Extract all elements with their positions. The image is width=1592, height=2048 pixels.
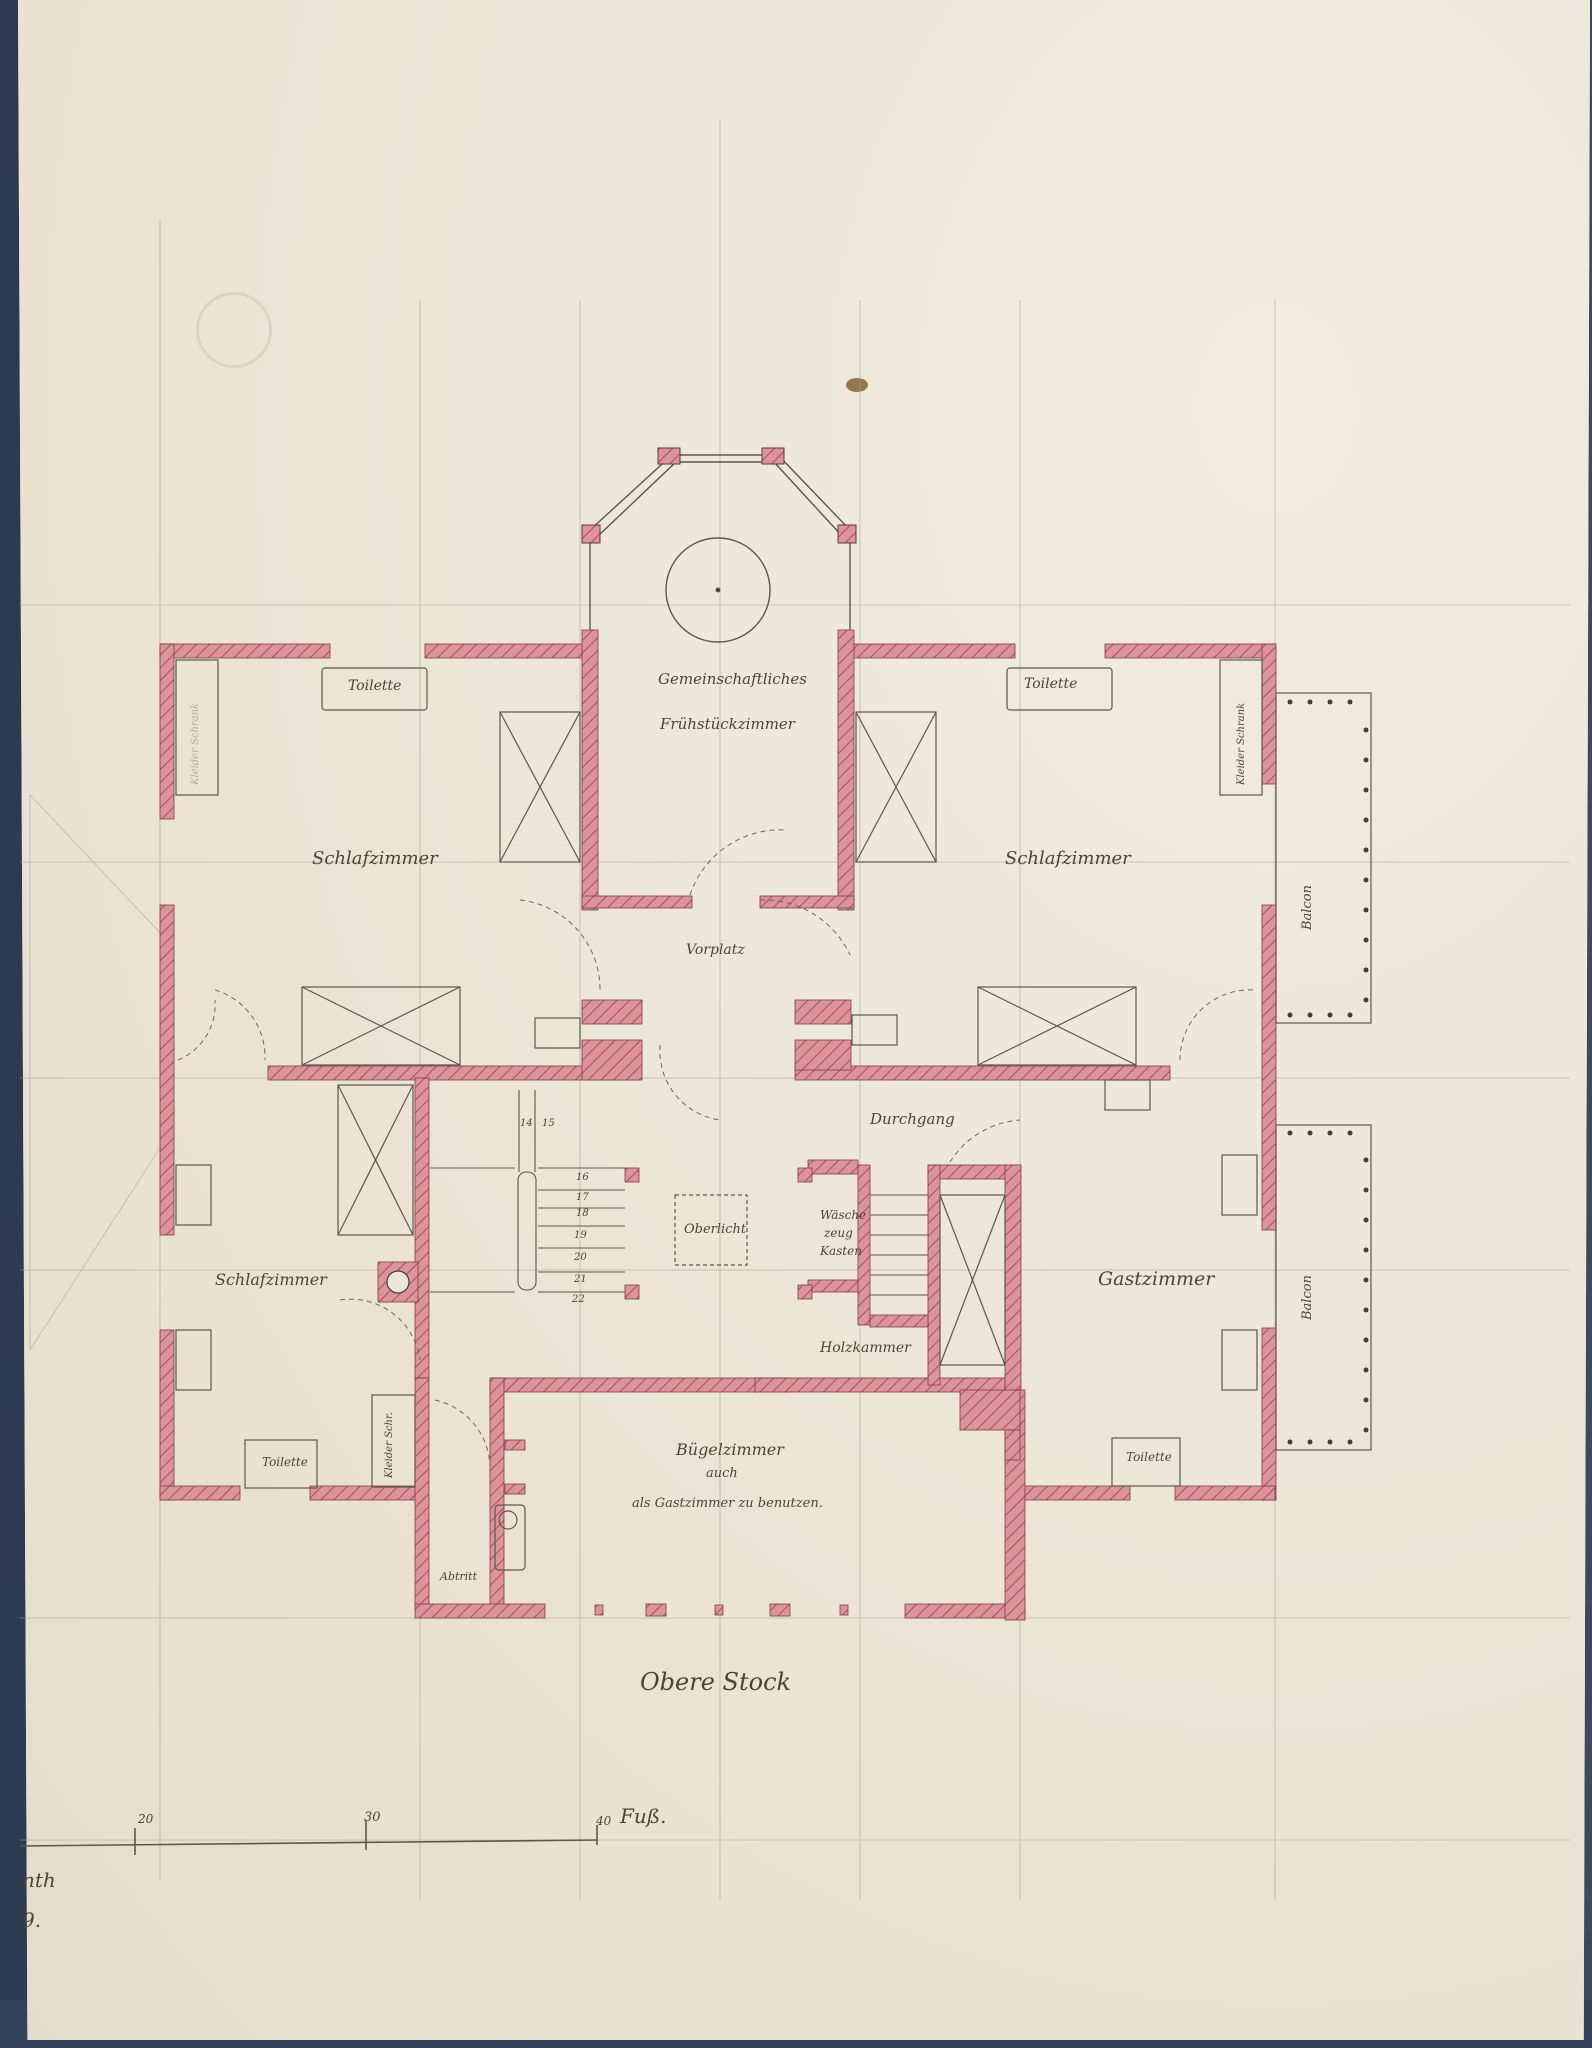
label-bedroom-ne: Schlafzimmer <box>1005 848 1131 869</box>
label-linen-line1: Wäsche <box>820 1208 866 1222</box>
label-wardrobe-sw: Kleider Schr. <box>384 1412 395 1478</box>
label-balcony-upper: Balcon <box>1300 885 1315 930</box>
stair-step-14: 14 <box>520 1118 533 1129</box>
label-linen-line2: zeug <box>824 1226 853 1240</box>
stair-step-21: 21 <box>574 1274 587 1285</box>
stair-step-19: 19 <box>574 1230 587 1241</box>
label-toilet-sw: Toilette <box>262 1455 308 1469</box>
door-swings <box>178 830 1255 1470</box>
label-toilet-se: Toilette <box>1126 1450 1172 1464</box>
stove-flue <box>387 1271 409 1293</box>
label-ironing-room-line3: als Gastzimmer zu benutzen. <box>632 1496 823 1511</box>
scale-bar <box>20 1820 597 1855</box>
balcony-posts <box>1288 700 1369 1445</box>
label-toilet-ne: Toilette <box>1024 676 1077 692</box>
label-balcony-lower: Balcon <box>1300 1275 1315 1320</box>
label-breakfast-room-line1: Gemeinschaftliches <box>658 670 807 688</box>
floor-plan <box>0 0 1592 2048</box>
stair-step-16: 16 <box>576 1172 589 1183</box>
stair-step-22: 22 <box>572 1294 585 1305</box>
label-vestibule: Vorplatz <box>686 942 745 958</box>
label-wood-room: Holzkammer <box>820 1340 911 1356</box>
label-breakfast-room-line2: Frühstückzimmer <box>660 715 795 733</box>
label-ironing-room-line1: Bügelzimmer <box>676 1440 784 1459</box>
scale-tick-40: 40 <box>596 1814 611 1828</box>
scale-tick-20: 20 <box>138 1812 153 1826</box>
label-linen-line3: Kasten <box>820 1244 862 1258</box>
stair-step-20: 20 <box>574 1252 587 1263</box>
scale-tick-30: 30 <box>364 1810 381 1825</box>
label-bedroom-w: Schlafzimmer <box>215 1270 327 1289</box>
label-wardrobe-ne: Kleider Schrank <box>1236 703 1247 785</box>
label-bedroom-nw: Schlafzimmer <box>312 848 438 869</box>
label-guest-room-e: Gastzimmer <box>1098 1268 1214 1290</box>
drawing-title: Obere Stock <box>640 1668 791 1696</box>
south-window-piers <box>595 1604 848 1616</box>
label-privy: Abtritt <box>440 1570 477 1583</box>
label-ironing-room-line2: auch <box>706 1466 738 1481</box>
furniture-outlines <box>176 660 1262 1570</box>
label-toilet-nw: Toilette <box>348 678 401 694</box>
stair-step-15: 15 <box>542 1118 555 1129</box>
stair-step-17: 17 <box>576 1192 589 1203</box>
margin-note-line1: nth <box>22 1868 56 1892</box>
label-wardrobe-nw: Kleider Schrank <box>190 703 201 785</box>
balconies <box>1276 693 1371 1450</box>
margin-note-line2: 9. <box>22 1908 41 1932</box>
label-passage: Durchgang <box>870 1110 955 1128</box>
label-skylight: Oberlicht <box>684 1222 746 1237</box>
scale-unit: Fuß. <box>620 1804 666 1828</box>
main-staircase <box>430 1090 928 1295</box>
stair-step-18: 18 <box>576 1208 589 1219</box>
